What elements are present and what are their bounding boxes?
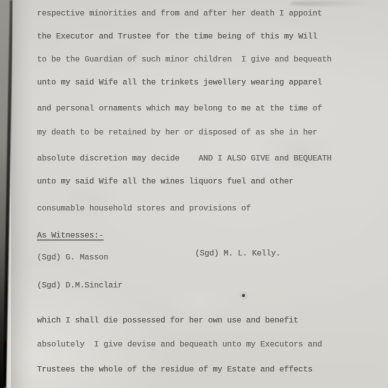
document-text-line: consumable household stores and provisio… — [37, 204, 251, 215]
document-text-line: Trustees the whole of the residue of my … — [37, 365, 313, 376]
witness-signature: (Sgd) G. Masson — [37, 253, 108, 264]
document-text-line: unto my said Wife all the trinkets jewel… — [37, 78, 322, 89]
document-text-line: absolute discretion may decide AND I ALS… — [37, 154, 332, 165]
document-text-line: which I shall die possessed for her own … — [37, 316, 298, 327]
witness-signature: (Sgd) D.M.Sinclair — [37, 281, 123, 292]
document-text-line: the Executor and Trustee for the time be… — [37, 32, 317, 43]
document-text-line: absolutely I give devise and bequeath un… — [37, 340, 322, 351]
document-text-line: my death to be retained by her or dispos… — [37, 128, 317, 139]
typewritten-text-block: respective minorities and from and after… — [0, 0, 388, 388]
witness-heading: As Witnesses:- — [37, 231, 104, 242]
scanned-document-page: respective minorities and from and after… — [0, 0, 388, 388]
document-text-line: and personal ornaments which may belong … — [37, 104, 322, 115]
testator-signature: (Sgd) M. L. Kelly. — [195, 249, 281, 260]
document-text-line: respective minorities and from and after… — [37, 9, 322, 20]
ink-speck — [242, 294, 245, 297]
document-text-line: unto my said Wife all the wines liquors … — [37, 177, 294, 188]
document-text-line: to be the Guardian of such minor childre… — [37, 55, 332, 66]
